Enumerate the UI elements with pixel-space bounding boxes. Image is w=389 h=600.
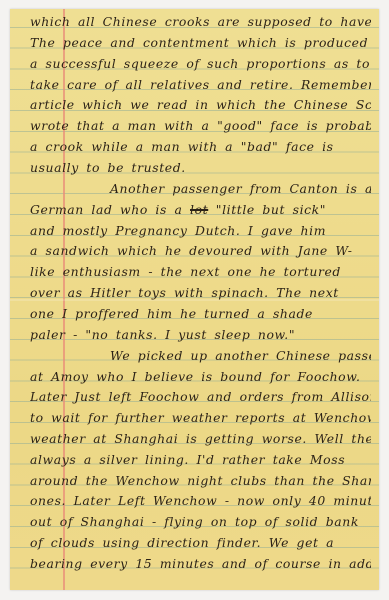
text-line: article which we read in which the Chine… (30, 95, 371, 115)
text-line: weather at Shanghai is getting worse. We… (30, 429, 371, 449)
quoted-phrase: "little but sick" (216, 202, 326, 217)
text-line: take care of all relatives and retire. R… (30, 75, 371, 95)
text-line: always a silver lining. I'd rather take … (30, 450, 371, 470)
text-line: like enthusiasm - the next one he tortur… (30, 262, 371, 282)
text-line: one I proffered him he turned a shade (30, 304, 371, 324)
text-line: at Amoy who I believe is bound for Fooch… (30, 367, 371, 387)
text-line: We picked up another Chinese passenger (30, 346, 371, 366)
text-line: out of Shanghai - flying on top of solid… (30, 512, 371, 532)
text-line: Another passenger from Canton is a blond (30, 179, 371, 199)
text-line: a successful squeeze of such proportions… (30, 54, 371, 74)
text-line: Later Just left Foochow and orders from … (30, 387, 371, 407)
text-line: The peace and contentment which is produ… (30, 33, 371, 53)
text-line: wrote that a man with a "good" face is p… (30, 116, 371, 136)
text-line: which all Chinese crooks are supposed to… (30, 12, 371, 32)
text-line: a crook while a man with a "bad" face is (30, 137, 371, 157)
text-line: paler - "no tanks. I yust sleep now." (30, 325, 371, 345)
text-line: and mostly Pregnancy Dutch. I gave him (30, 221, 371, 241)
text-line: ones. Later Left Wenchow - now only 40 m… (30, 491, 371, 511)
text-line: over as Hitler toys with spinach. The ne… (30, 283, 371, 303)
text-segment: German lad who is a (30, 202, 182, 217)
text-line: a sandwich which he devoured with Jane W… (30, 241, 371, 261)
text-line: usually to be trusted. (30, 158, 371, 178)
text-line: bearing every 15 minutes and of course i… (30, 554, 371, 574)
text-line: around the Wenchow night clubs than the … (30, 471, 371, 491)
text-line: to wait for further weather reports at W… (30, 408, 371, 428)
text-line: of clouds using direction finder. We get… (30, 533, 371, 553)
letter-page: which all Chinese crooks are supposed to… (10, 9, 379, 590)
strikethrough-word: lot (190, 202, 208, 217)
text-line: German lad who is a lot "little but sick… (30, 200, 371, 220)
